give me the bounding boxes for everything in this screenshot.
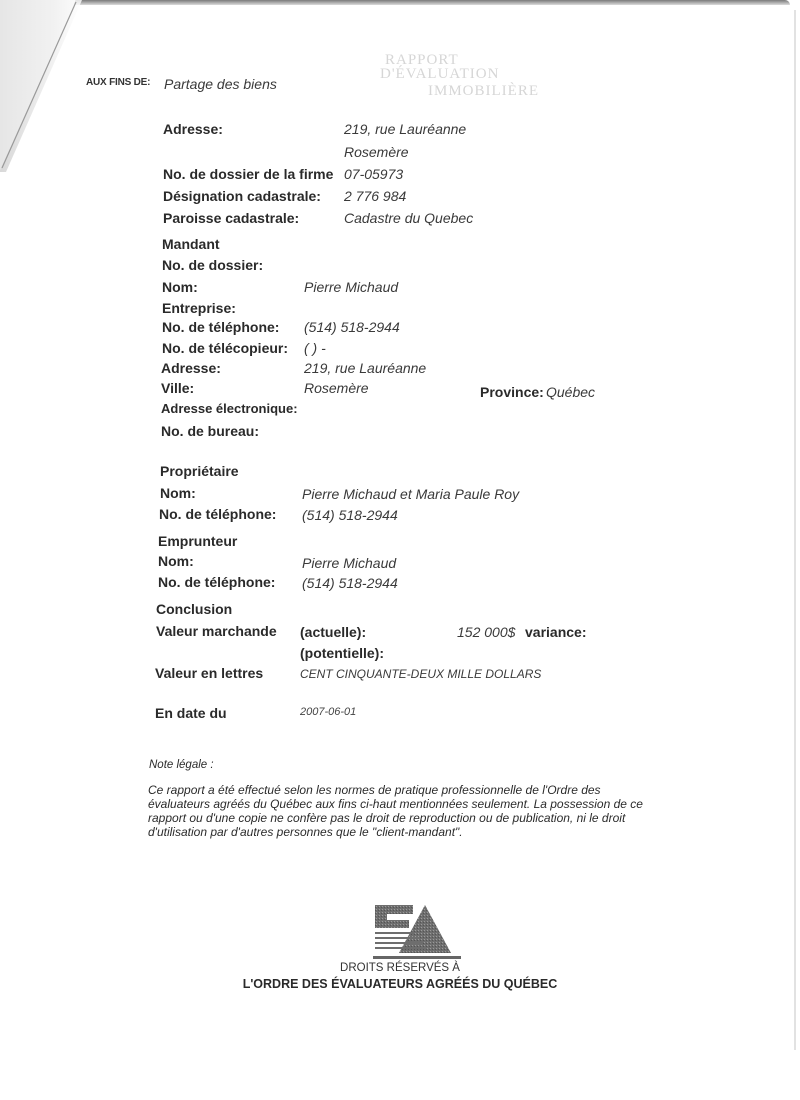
cadastral-label: Désignation cadastrale:	[163, 188, 321, 204]
value-in-words-label: Valeur en lettres	[155, 665, 263, 681]
market-value-label: Valeur marchande	[156, 623, 277, 639]
current-value: 152 000$	[457, 624, 515, 640]
value-in-words: CENT CINQUANTE-DEUX MILLE DOLLARS	[300, 667, 541, 681]
legal-note-body: Ce rapport a été effectué selon les norm…	[148, 783, 648, 839]
mandant-phone-value: (514) 518-2944	[304, 319, 400, 335]
oeaq-logo-icon	[373, 903, 453, 955]
property-address-line2: Rosemère	[344, 144, 409, 160]
date-label: En date du	[155, 705, 227, 721]
current-value-label: (actuelle):	[300, 624, 366, 640]
mandant-province-label: Province:	[480, 384, 544, 400]
organization-name: L'ORDRE DES ÉVALUATEURS AGRÉÉS DU QUÉBEC	[0, 977, 800, 991]
borrower-section-title: Emprunteur	[158, 533, 237, 549]
mandant-fax-label: No. de télécopieur:	[162, 340, 288, 356]
parish-value: Cadastre du Quebec	[344, 210, 473, 226]
firm-file-label: No. de dossier de la firme	[163, 166, 333, 182]
borrower-phone-label: No. de téléphone:	[158, 574, 275, 590]
mandant-email-label: Adresse électronique:	[161, 401, 298, 416]
mandant-name-value: Pierre Michaud	[304, 279, 398, 295]
owner-name-value: Pierre Michaud et Maria Paule Roy	[302, 486, 519, 502]
rights-reserved-text: DROITS RÉSERVÉS À	[0, 962, 800, 974]
bleed-through-title-line2: D'ÉVALUATION	[380, 66, 499, 83]
borrower-name-value: Pierre Michaud	[302, 555, 396, 571]
document-page: RAPPORT D'ÉVALUATION IMMOBILIÈRE AUX FIN…	[0, 0, 800, 1100]
mandant-address-label: Adresse:	[161, 360, 221, 376]
logo-underline	[373, 956, 461, 959]
parish-label: Paroisse cadastrale:	[163, 210, 299, 226]
potential-value-label: (potentielle):	[300, 645, 384, 661]
mandant-phone-label: No. de téléphone:	[162, 319, 279, 335]
mandant-fax-value: ( ) -	[304, 340, 326, 356]
owner-phone-label: No. de téléphone:	[159, 506, 276, 522]
conclusion-section-title: Conclusion	[156, 601, 232, 617]
property-address-label: Adresse:	[163, 121, 223, 137]
owner-section-title: Propriétaire	[160, 463, 239, 479]
cadastral-value: 2 776 984	[344, 188, 406, 204]
owner-name-label: Nom:	[160, 485, 196, 501]
mandant-office-label: No. de bureau:	[161, 423, 259, 439]
variance-label: variance:	[525, 624, 586, 640]
mandant-address-value: 219, rue Lauréanne	[304, 360, 426, 376]
purpose-value: Partage des biens	[164, 76, 277, 92]
scan-top-edge	[70, 0, 790, 5]
purpose-label: AUX FINS DE:	[86, 77, 150, 88]
mandant-city-value: Rosemère	[304, 380, 369, 396]
mandant-city-label: Ville:	[161, 380, 194, 396]
mandant-province-value: Québec	[546, 384, 595, 400]
owner-phone-value: (514) 518-2944	[302, 507, 398, 523]
mandant-name-label: Nom:	[162, 279, 198, 295]
property-address-line1: 219, rue Lauréanne	[344, 121, 466, 137]
firm-file-value: 07-05973	[344, 166, 403, 182]
date-value: 2007-06-01	[300, 706, 356, 718]
mandant-section-title: Mandant	[162, 236, 220, 252]
mandant-company-label: Entreprise:	[162, 300, 236, 316]
mandant-file-label: No. de dossier:	[162, 257, 263, 273]
legal-note-title: Note légale :	[149, 759, 214, 771]
scan-right-edge	[794, 10, 796, 1050]
bleed-through-title-line3: IMMOBILIÈRE	[428, 83, 539, 100]
borrower-phone-value: (514) 518-2944	[302, 575, 398, 591]
borrower-name-label: Nom:	[158, 553, 194, 569]
